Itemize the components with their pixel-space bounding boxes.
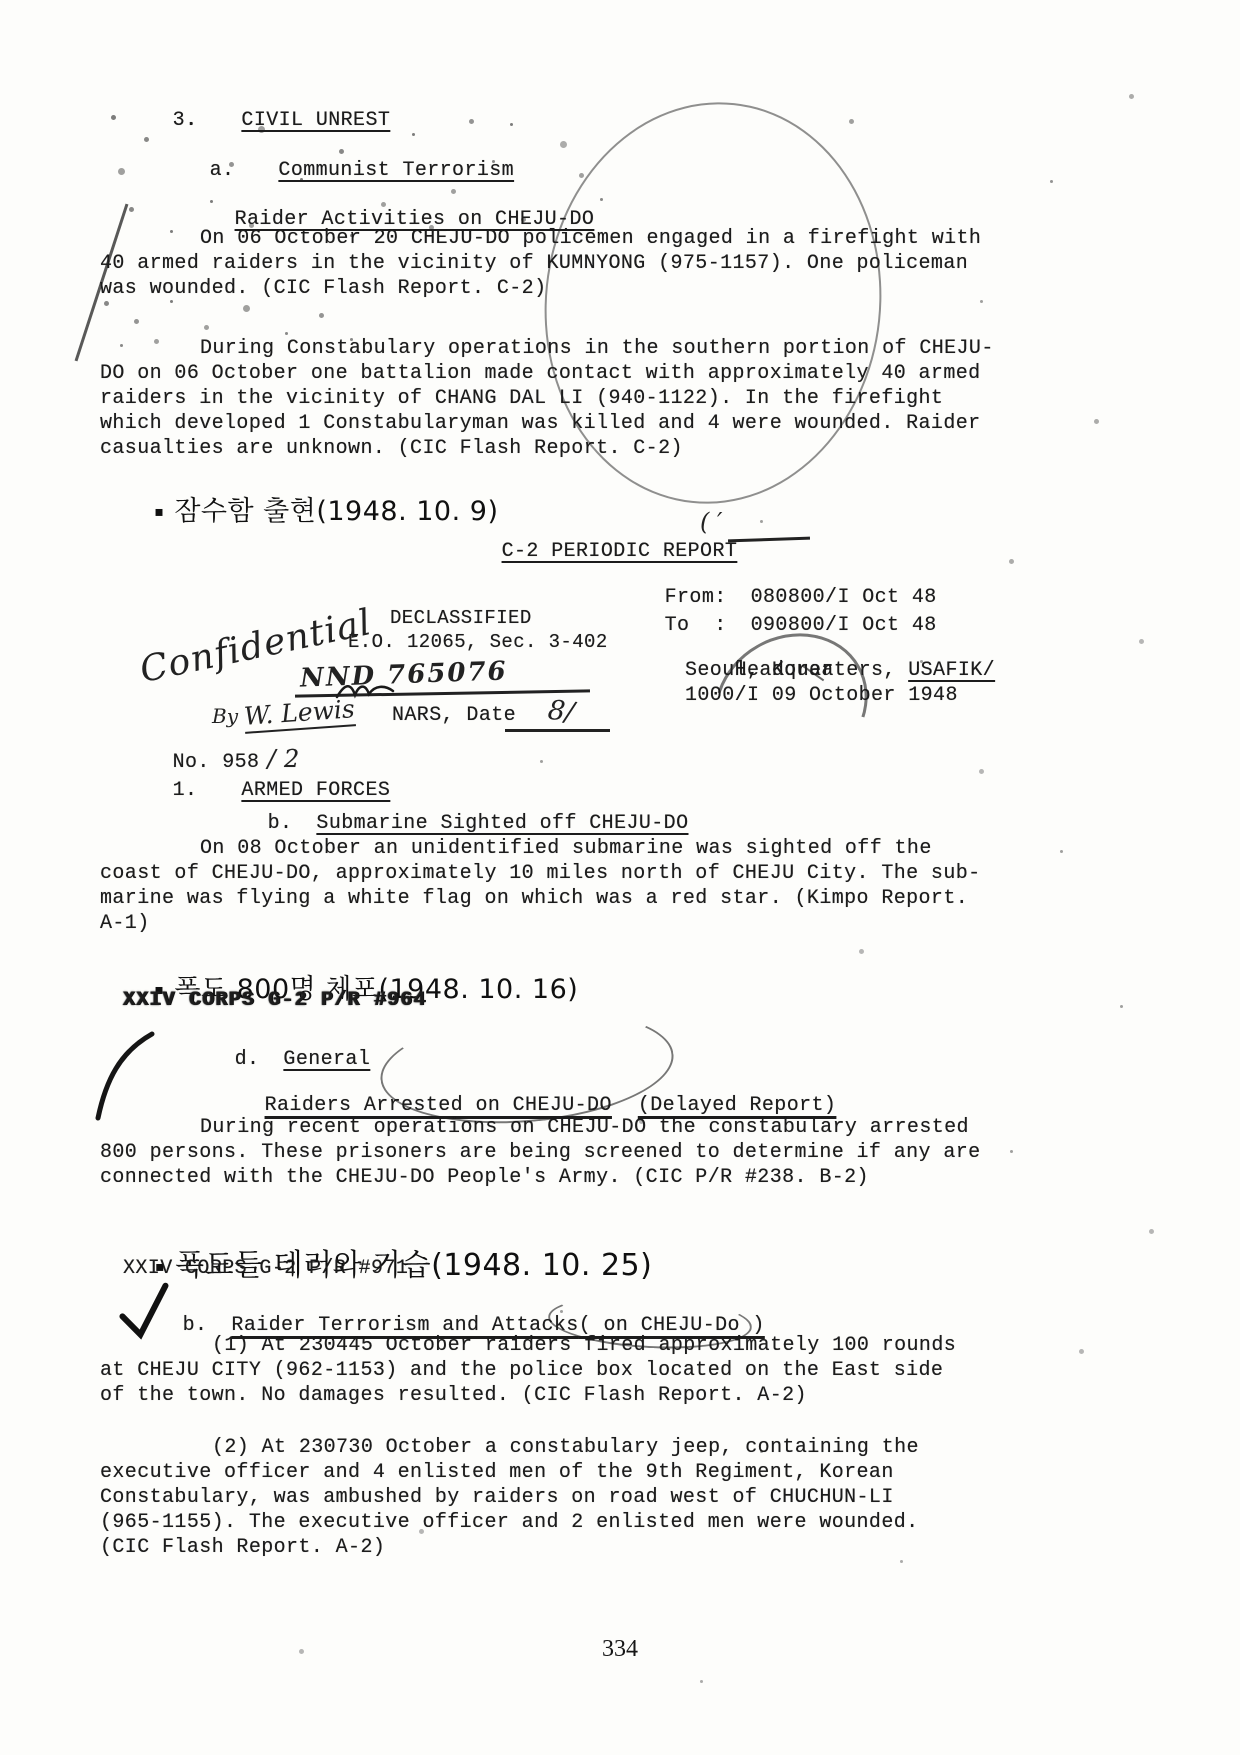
paragraph-arrests: During recent operations on CHEJU-DO the…	[100, 1115, 1060, 1190]
scan-noise	[0, 0, 3, 3]
item-title: Communist Terrorism	[278, 159, 514, 182]
bullet-marker: ▪	[154, 504, 164, 520]
item-letter: a.	[210, 159, 235, 182]
paragraph-jeep-ambush: (2) At 230730 October a constabulary jee…	[100, 1435, 1060, 1560]
document-page: 3.CIVIL UNREST a.Communist Terrorism Rai…	[0, 0, 1240, 1755]
paragraph-cheju-city: (1) At 230445 October raiders fired appr…	[100, 1333, 1060, 1408]
date-scribble: 8/	[546, 695, 575, 729]
date-blank-line	[505, 729, 610, 732]
declassified-stamp: DECLASSIFIED	[390, 606, 532, 631]
section-number: 3.	[173, 109, 198, 132]
nnd-number-handwritten: NND 765076	[300, 656, 509, 693]
section-number: 1.	[173, 779, 198, 802]
nars-date-label: NARS, Date	[392, 703, 516, 728]
ink-scribble-initials	[335, 681, 397, 703]
pen-bracket-curve	[92, 1030, 158, 1122]
section-title: CIVIL UNREST	[241, 109, 390, 132]
item-letter: b.	[268, 812, 293, 835]
item-title: Submarine Sighted off CHEJU-DO	[316, 812, 688, 835]
pen-line-after-title	[728, 537, 810, 543]
corps-971-heading: XXIV CORPS G-2 P/R #971	[123, 1256, 408, 1281]
page-number: 334	[470, 1636, 770, 1663]
hq-usafik: USAFIK/	[908, 659, 995, 682]
eo-line: E.O. 12065, Sec. 3-402	[348, 630, 608, 655]
paragraph-changdalli: During Constabulary operations in the so…	[100, 336, 1060, 461]
hq-city-line: Seoul, Korea	[685, 658, 834, 683]
paragraph-kumnyong: On 06 October 20 CHEJU-DO policemen enga…	[100, 226, 1060, 301]
scan-noise	[100, 108, 103, 111]
paragraph-submarine: On 08 October an unidentified submarine …	[100, 836, 1060, 936]
pen-mark-after-title: ( ′	[700, 508, 722, 536]
corps-964-heading: XXIV CORPS G-2 P/R #964	[123, 988, 427, 1013]
korean-note-submarine: ▪잠수함 출현(1948. 10. 9)	[118, 458, 498, 559]
delayed-report-note: (Delayed Report)	[638, 1094, 836, 1117]
hq-ref-line: 1000/I 09 October 1948	[685, 683, 958, 708]
